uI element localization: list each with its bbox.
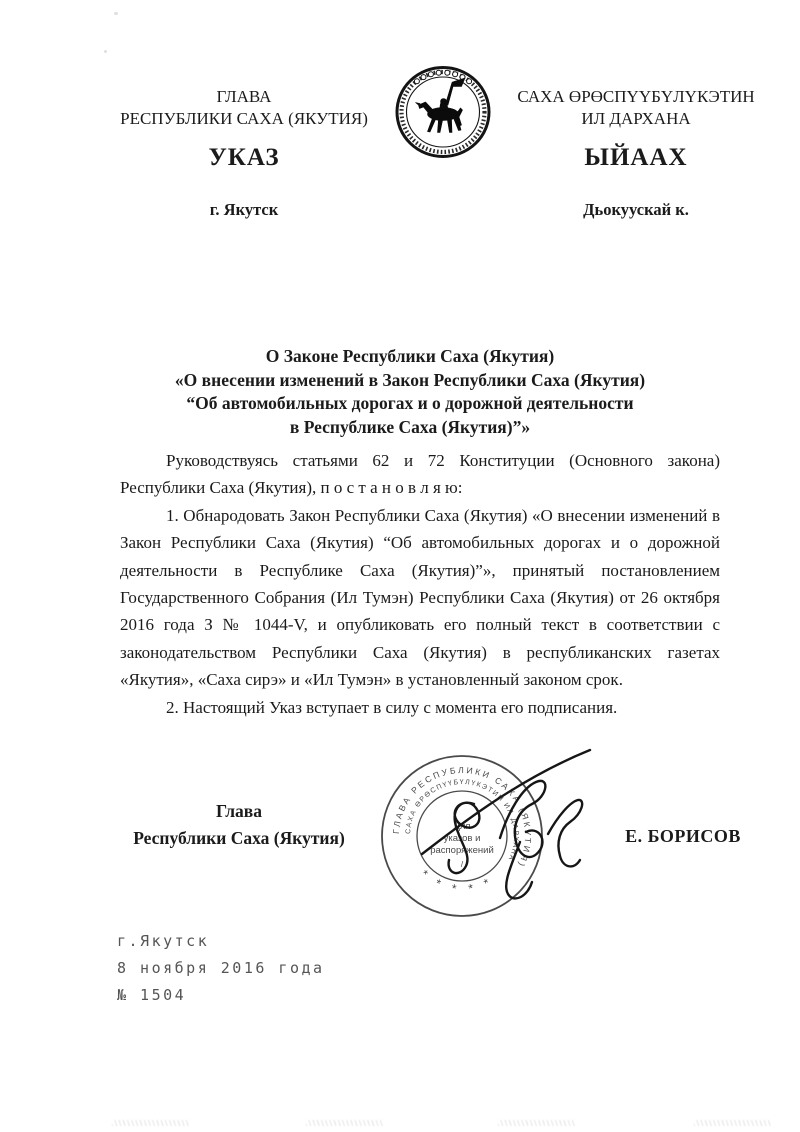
authority-sakha-line1: САХА ӨРӨСПҮҮБҮЛҮКЭТИН [486,86,786,108]
document-type-russian: УКАЗ [96,144,392,172]
handwritten-signature [408,742,598,917]
signer-post-line2: Республики Саха (Якутия) [118,825,360,852]
authority-name-sakha: САХА ӨРӨСПҮҮБҮЛҮКЭТИН ИЛ ДАРХАНА [486,86,786,130]
document-page: ГЛАВА РЕСПУБЛИКИ САХА (ЯКУТИЯ) [0,0,800,1132]
document-body: Руководствуясь статьями 62 и 72 Конститу… [120,447,720,721]
body-paragraph: 2. Настоящий Указ вступает в силу с моме… [120,694,720,721]
horse-rider-seal-icon [394,64,492,160]
document-title: О Законе Республики Саха (Якутия) «О вне… [90,345,730,439]
scan-smudge [498,1120,576,1126]
body-paragraph: 1. Обнародовать Закон Республики Саха (Я… [120,502,720,694]
scan-smudge [306,1120,384,1126]
sakha-republic-emblem [394,64,492,160]
scan-speck [114,12,118,15]
authority-sakha-line2: ИЛ ДАРХАНА [486,108,786,130]
document-number: № 1504 [117,982,325,1009]
scan-smudge [694,1120,772,1126]
signer-post-line1: Глава [118,798,360,825]
authority-name-russian: ГЛАВА РЕСПУБЛИКИ САХА (ЯКУТИЯ) [96,86,392,130]
signer-post: Глава Республики Саха (Якутия) [118,798,360,852]
title-line-1: О Законе Республики Саха (Якутия) [90,345,730,369]
authority-ru-line1: ГЛАВА [96,86,392,108]
title-line-2: «О внесении изменений в Закон Республики… [90,369,730,393]
place-sakha: Дьокуускай к. [486,200,786,220]
scan-speck [104,50,107,53]
issuance-place: г.Якутск [117,928,325,955]
title-line-3: “Об автомобильных дорогах и о дорожной д… [90,392,730,416]
body-paragraph: Руководствуясь статьями 62 и 72 Конститу… [120,447,720,502]
place-russian: г. Якутск [96,200,392,220]
scan-smudge [112,1120,190,1126]
title-line-4: в Республике Саха (Якутия)”» [90,416,730,440]
document-type-sakha: ЫЙААХ [486,144,786,172]
signer-name: Е. БОРИСОВ [598,826,768,847]
authority-ru-line2: РЕСПУБЛИКИ САХА (ЯКУТИЯ) [96,108,392,130]
issuance-date: 8 ноября 2016 года [117,955,325,982]
issuance-details: г.Якутск 8 ноября 2016 года № 1504 [117,928,325,1009]
